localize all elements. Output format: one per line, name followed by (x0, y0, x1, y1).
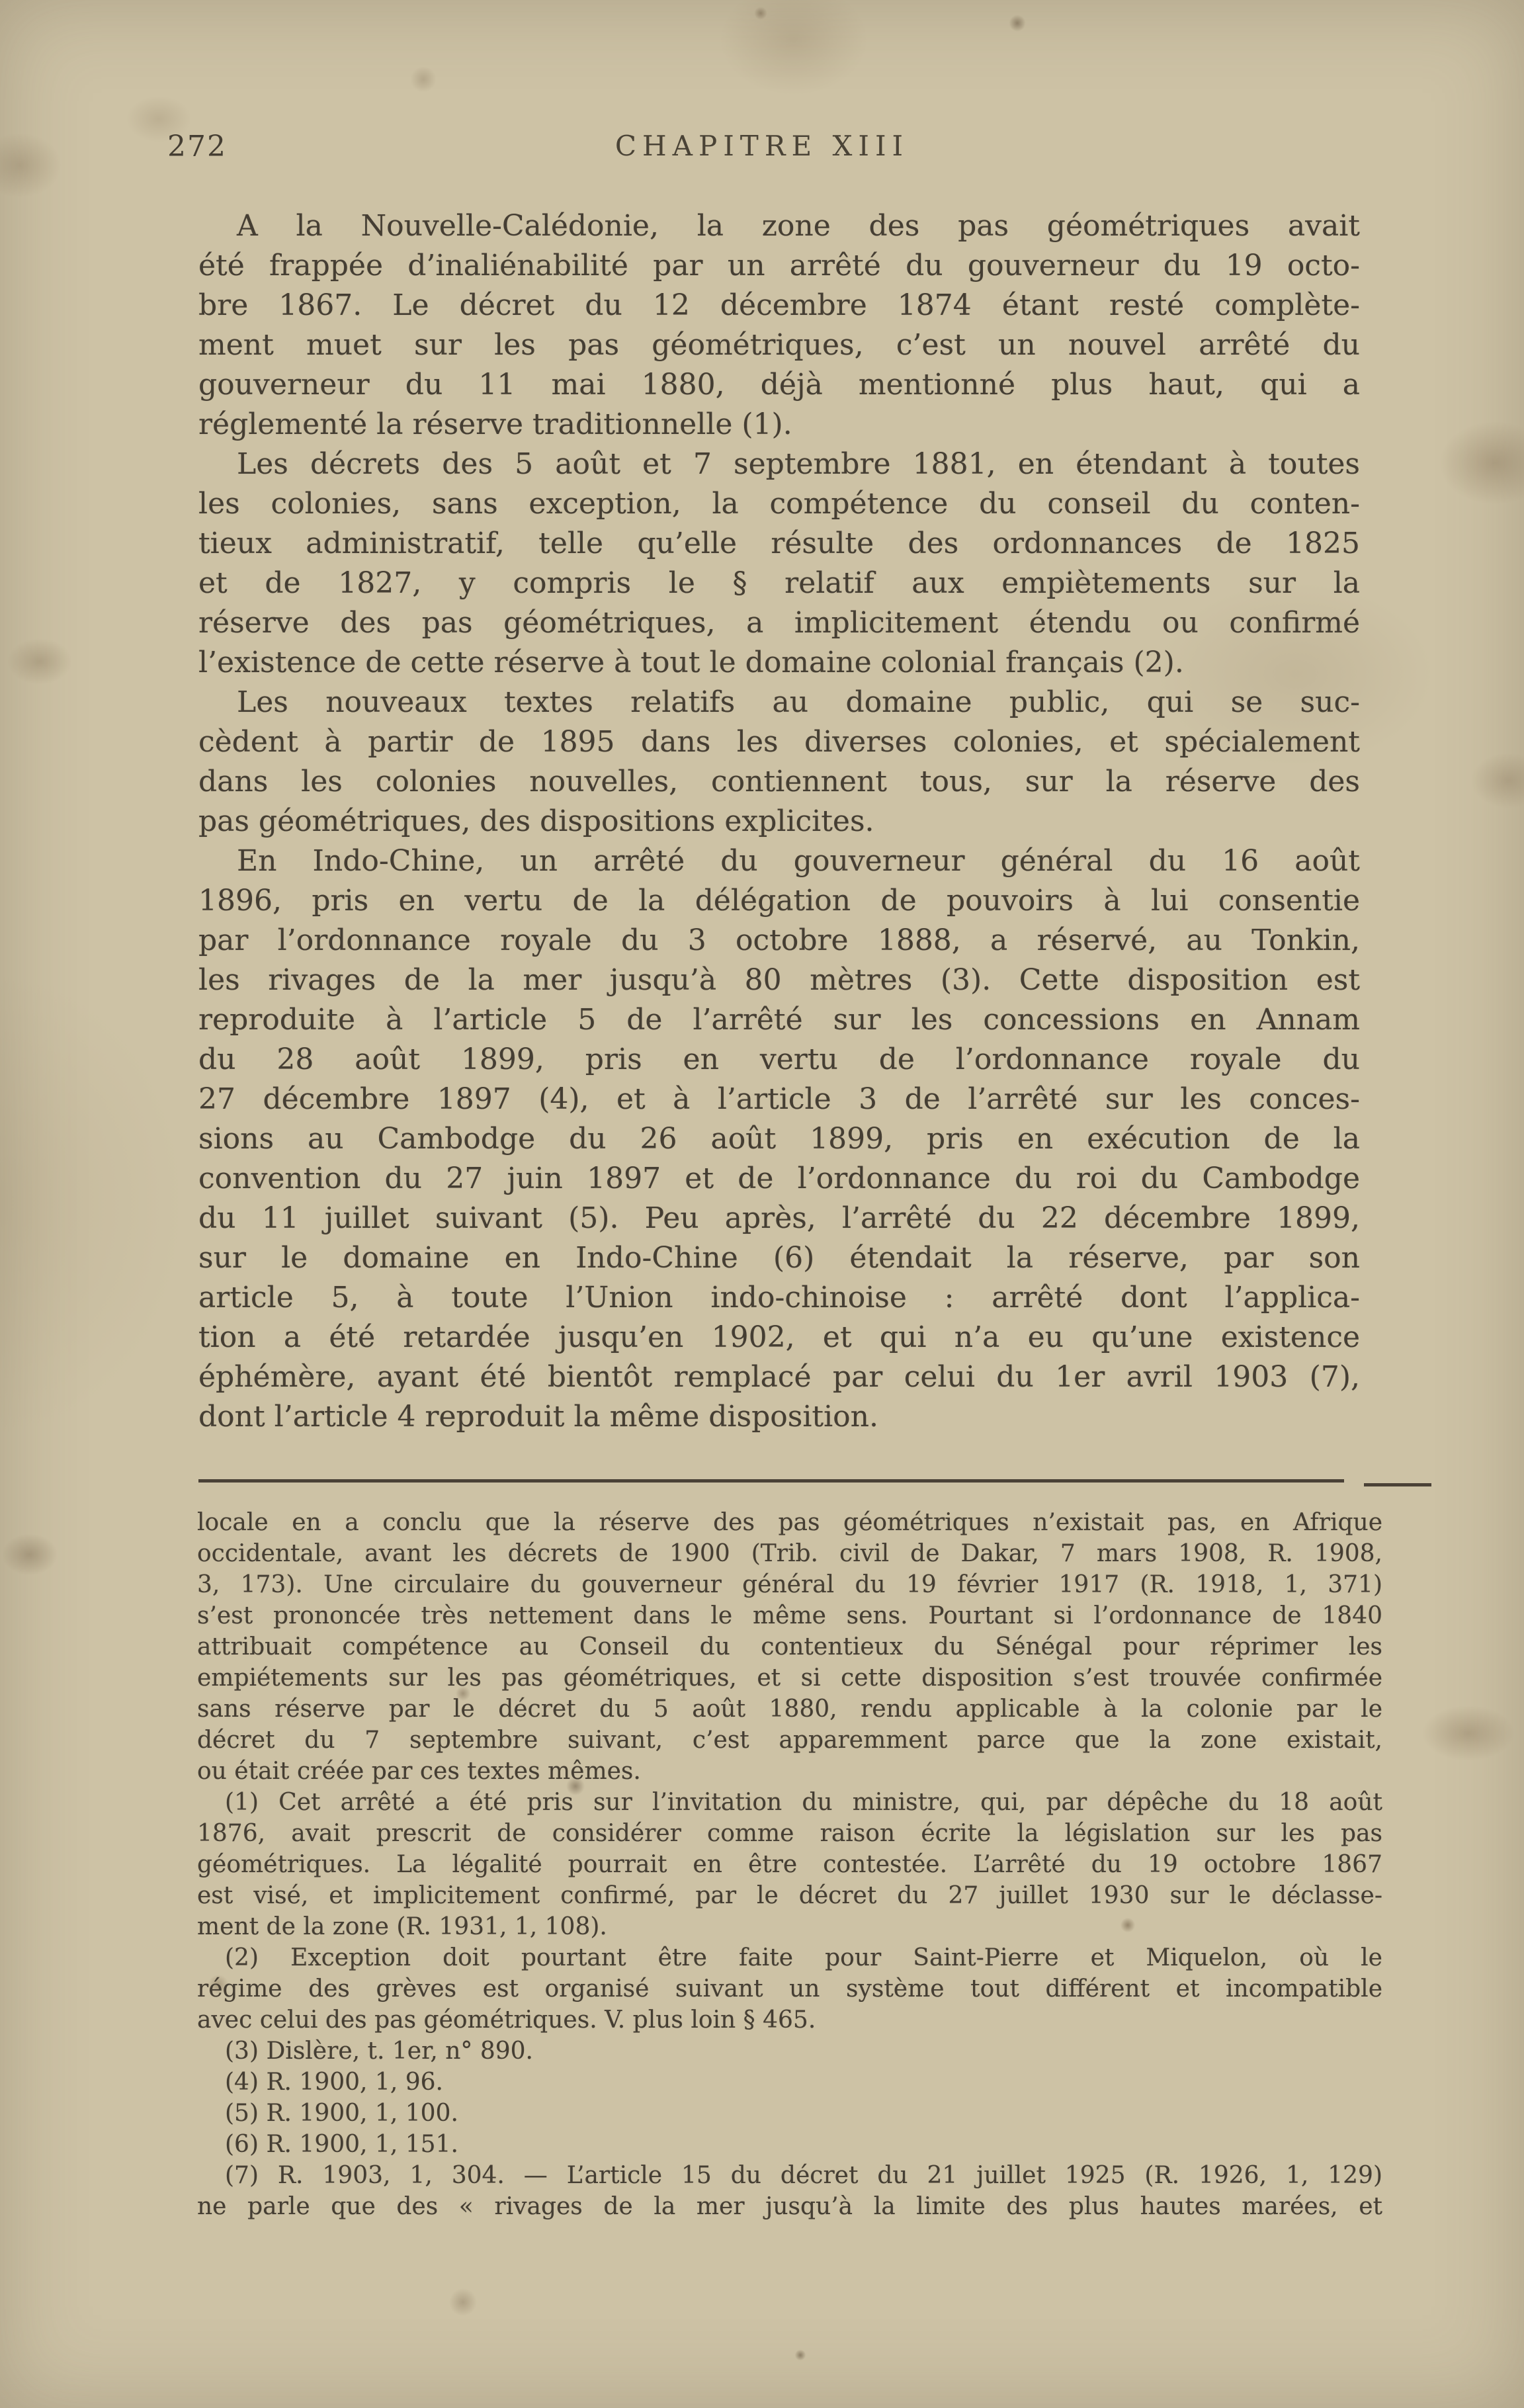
text-line: dans les colonies nouvelles, contiennent… (198, 762, 1360, 802)
text-line: En Indo-Chine, un arrêté du gouverneur g… (198, 841, 1360, 881)
text-line: géométriques. La légalité pourrait en êt… (197, 1849, 1382, 1880)
text-line: s’est prononcée très nettement dans le m… (197, 1600, 1382, 1631)
text-line: sions au Cambodge du 26 août 1899, pris … (198, 1119, 1360, 1159)
paragraph-nouvelle-caledonie: A la Nouvelle-Calédonie, la zone des pas… (198, 206, 1360, 445)
text-line: ou était créée par ces textes mêmes. (197, 1756, 1382, 1787)
text-line: réglementé la réserve traditionnelle (1)… (198, 405, 1360, 445)
text-line: est visé, et implicitement confirmé, par… (197, 1880, 1382, 1911)
text-line: ment muet sur les pas géométriques, c’es… (198, 325, 1360, 365)
text-line: convention du 27 juin 1897 et de l’ordon… (198, 1159, 1360, 1199)
footnote-7: (7) R. 1903, 1, 304. — L’article 15 du d… (197, 2160, 1382, 2222)
paragraph-nouveaux-textes: Les nouveaux textes relatifs au domaine … (198, 683, 1360, 841)
text-line: tieux administratif, telle qu’elle résul… (198, 524, 1360, 564)
text-line: ment de la zone (R. 1931, 1, 108). (197, 1911, 1382, 1942)
text-line: gouverneur du 11 mai 1880, déjà mentionn… (198, 365, 1360, 405)
text-line: éphémère, ayant été bientôt remplacé par… (198, 1357, 1360, 1397)
text-line: Les nouveaux textes relatifs au domaine … (198, 683, 1360, 722)
text-line: et de 1827, y compris le § relatif aux e… (198, 564, 1360, 603)
text-line: décret du 7 septembre suivant, c’est app… (197, 1725, 1382, 1756)
text-line: 3, 173). Une circulaire du gouverneur gé… (197, 1569, 1382, 1600)
text-line: (2) Exception doit pourtant être faite p… (197, 1942, 1382, 1973)
text-line: été frappée d’inaliénabilité par un arrê… (198, 246, 1360, 286)
text-line: (6) R. 1900, 1, 151. (197, 2129, 1382, 2160)
text-line: empiétements sur les pas géométriques, e… (197, 1662, 1382, 1694)
text-line: occidentale, avant les décrets de 1900 (… (197, 1538, 1382, 1569)
text-line: du 11 juillet suivant (5). Peu après, l’… (198, 1199, 1360, 1238)
book-page: 272 CHAPITRE XIII A la Nouvelle-Calédoni… (0, 0, 1524, 2408)
footnote-6: (6) R. 1900, 1, 151. (197, 2129, 1382, 2160)
footnote-4: (4) R. 1900, 1, 96. (197, 2067, 1382, 2098)
text-line: sans réserve par le décret du 5 août 188… (197, 1694, 1382, 1725)
footnote-1: (1) Cet arrêté a été pris sur l’invitati… (197, 1787, 1382, 1942)
text-line: cèdent à partir de 1895 dans les diverse… (198, 722, 1360, 762)
text-line: régime des grèves est organisé suivant u… (197, 1973, 1382, 2004)
text-line: ne parle que des « rivages de la mer jus… (197, 2191, 1382, 2222)
chapter-title: CHAPITRE XIII (0, 130, 1524, 162)
text-line: 1876, avait prescrit de considérer comme… (197, 1818, 1382, 1849)
text-line: (1) Cet arrêté a été pris sur l’invitati… (197, 1787, 1382, 1818)
footnote-separator (198, 1479, 1344, 1483)
footnote-continuation: locale en a conclu que la réserve des pa… (197, 1507, 1382, 1787)
text-line: bre 1867. Le décret du 12 décembre 1874 … (198, 286, 1360, 325)
text-line: l’existence de cette réserve à tout le d… (198, 643, 1360, 683)
text-line: avec celui des pas géométriques. V. plus… (197, 2004, 1382, 2036)
page-number: 272 (167, 130, 227, 163)
footnote-2: (2) Exception doit pourtant être faite p… (197, 1942, 1382, 2036)
text-line: dont l’article 4 reproduit la même dispo… (198, 1397, 1360, 1437)
text-line: tion a été retardée jusqu’en 1902, et qu… (198, 1318, 1360, 1357)
text-line: locale en a conclu que la réserve des pa… (197, 1507, 1382, 1538)
text-line: (5) R. 1900, 1, 100. (197, 2098, 1382, 2129)
running-head: 272 CHAPITRE XIII (0, 130, 1524, 169)
text-line: article 5, à toute l’Union indo-chinoise… (198, 1278, 1360, 1318)
text-line: du 28 août 1899, pris en vertu de l’ordo… (198, 1040, 1360, 1080)
text-line: (4) R. 1900, 1, 96. (197, 2067, 1382, 2098)
text-line: Les décrets des 5 août et 7 septembre 18… (198, 445, 1360, 484)
text-line: les colonies, sans exception, la compéte… (198, 484, 1360, 524)
text-line: 27 décembre 1897 (4), et à l’article 3 d… (198, 1080, 1360, 1119)
text-line: attribuait compétence au Conseil du cont… (197, 1631, 1382, 1662)
text-line: sur le domaine en Indo-Chine (6) étendai… (198, 1238, 1360, 1278)
footnote-3: (3) Dislère, t. 1er, n° 890. (197, 2036, 1382, 2067)
text-line: A la Nouvelle-Calédonie, la zone des pas… (198, 206, 1360, 246)
footnote-separator-segment (1364, 1483, 1431, 1486)
text-line: réserve des pas géométriques, a implicit… (198, 603, 1360, 643)
text-line: par l’ordonnance royale du 3 octobre 188… (198, 921, 1360, 961)
text-line: pas géométriques, des dispositions expli… (198, 802, 1360, 841)
text-line: (7) R. 1903, 1, 304. — L’article 15 du d… (197, 2160, 1382, 2191)
text-line: (3) Dislère, t. 1er, n° 890. (197, 2036, 1382, 2067)
main-text-block: A la Nouvelle-Calédonie, la zone des pas… (198, 206, 1360, 1437)
text-line: 1896, pris en vertu de la délégation de … (198, 881, 1360, 921)
text-line: reproduite à l’article 5 de l’arrêté sur… (198, 1000, 1360, 1040)
paragraph-indo-chine: En Indo-Chine, un arrêté du gouverneur g… (198, 841, 1360, 1437)
text-line: les rivages de la mer jusqu’à 80 mètres … (198, 961, 1360, 1000)
footnotes-block: locale en a conclu que la réserve des pa… (197, 1507, 1382, 2222)
paragraph-decrets-1881: Les décrets des 5 août et 7 septembre 18… (198, 445, 1360, 683)
footnote-5: (5) R. 1900, 1, 100. (197, 2098, 1382, 2129)
